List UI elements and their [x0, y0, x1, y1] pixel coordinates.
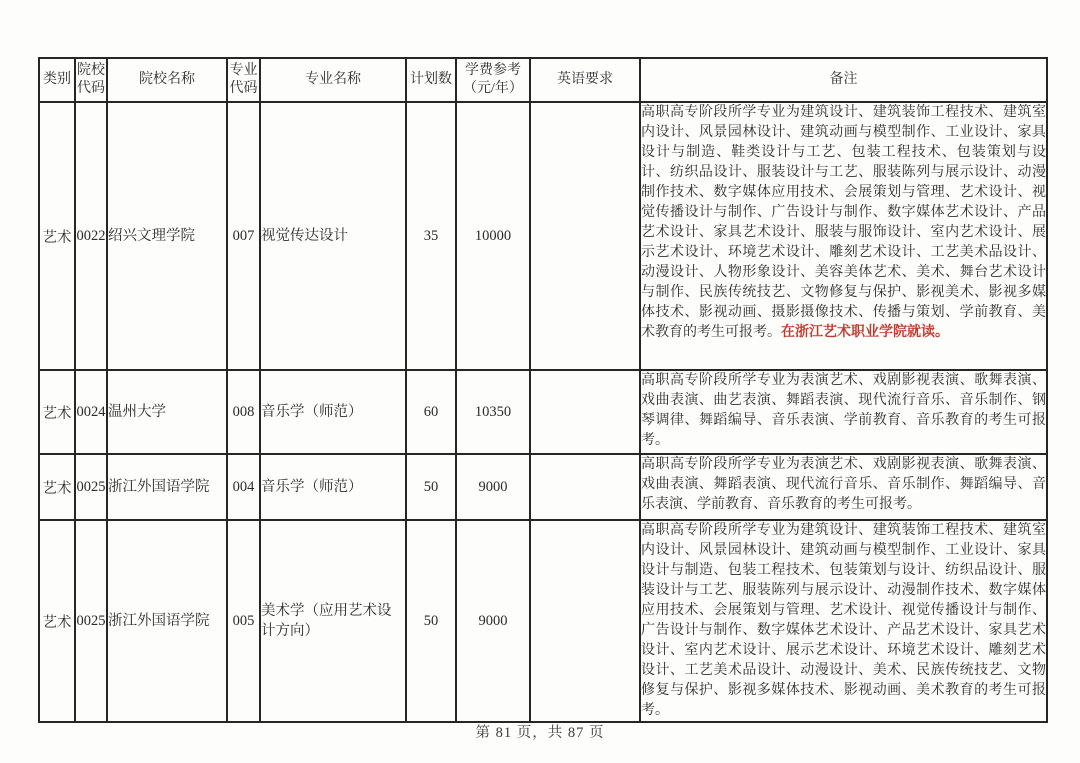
remark-red-note: 在浙江艺术职业学院就读。 [781, 325, 949, 340]
cell-major-name: 音乐学（师范） [260, 370, 406, 454]
cell-school-name: 浙江外国语学院 [107, 454, 227, 520]
table-row: 艺术 0025 浙江外国语学院 005 美术学（应用艺术设计方向） 50 900… [39, 520, 1047, 722]
table-row: 艺术 0025 浙江外国语学院 004 音乐学（师范） 50 9000 高职高专… [39, 454, 1047, 520]
cell-school-code: 0024 [75, 370, 107, 454]
remark-text: 高职高专阶段所学专业为建筑设计、建筑装饰工程技术、建筑室内设计、风景园林设计、建… [641, 523, 1046, 718]
cell-english-req [530, 520, 640, 722]
table-row: 艺术 0024 温州大学 008 音乐学（师范） 60 10350 高职高专阶段… [39, 370, 1047, 454]
cell-english-req [530, 370, 640, 454]
cell-plan-count: 60 [406, 370, 456, 454]
col-header-tuition: 学费参考 （元/年） [456, 58, 530, 102]
cell-school-name: 温州大学 [107, 370, 227, 454]
cell-remark: 高职高专阶段所学专业为建筑设计、建筑装饰工程技术、建筑室内设计、风景园林设计、建… [640, 102, 1047, 370]
cell-major-code: 004 [227, 454, 260, 520]
page-number-footer: 第 81 页，共 87 页 [0, 721, 1080, 742]
col-header-school-name: 院校名称 [107, 58, 227, 102]
cell-school-code: 0025 [75, 454, 107, 520]
col-header-remark: 备注 [640, 58, 1047, 102]
cell-school-code: 0025 [75, 520, 107, 722]
admissions-table: 类别 院校 代码 院校名称 专业 代码 专业名称 计划数 学费参考 （元/年） … [38, 57, 1048, 723]
cell-remark: 高职高专阶段所学专业为表演艺术、戏剧影视表演、歌舞表演、戏曲表演、舞蹈表演、现代… [640, 454, 1047, 520]
document-page: 类别 院校 代码 院校名称 专业 代码 专业名称 计划数 学费参考 （元/年） … [38, 57, 1046, 723]
col-header-school-code: 院校 代码 [75, 58, 107, 102]
cell-school-code: 0022 [75, 102, 107, 370]
cell-plan-count: 50 [406, 454, 456, 520]
cell-major-code: 008 [227, 370, 260, 454]
cell-category: 艺术 [39, 520, 75, 722]
cell-remark: 高职高专阶段所学专业为建筑设计、建筑装饰工程技术、建筑室内设计、风景园林设计、建… [640, 520, 1047, 722]
cell-major-name: 音乐学（师范） [260, 454, 406, 520]
table-row: 艺术 0022 绍兴文理学院 007 视觉传达设计 35 10000 高职高专阶… [39, 102, 1047, 370]
cell-tuition: 9000 [456, 454, 530, 520]
cell-english-req [530, 454, 640, 520]
cell-category: 艺术 [39, 454, 75, 520]
cell-tuition: 10000 [456, 102, 530, 370]
cell-plan-count: 35 [406, 102, 456, 370]
cell-major-code: 007 [227, 102, 260, 370]
cell-major-name: 视觉传达设计 [260, 102, 406, 370]
header-row: 类别 院校 代码 院校名称 专业 代码 专业名称 计划数 学费参考 （元/年） … [39, 58, 1047, 102]
cell-school-name: 绍兴文理学院 [107, 102, 227, 370]
col-header-category: 类别 [39, 58, 75, 102]
cell-tuition: 10350 [456, 370, 530, 454]
cell-major-name: 美术学（应用艺术设计方向） [260, 520, 406, 722]
cell-remark: 高职高专阶段所学专业为表演艺术、戏剧影视表演、歌舞表演、戏曲表演、曲艺表演、舞蹈… [640, 370, 1047, 454]
cell-major-code: 005 [227, 520, 260, 722]
col-header-english-req: 英语要求 [530, 58, 640, 102]
cell-plan-count: 50 [406, 520, 456, 722]
cell-category: 艺术 [39, 370, 75, 454]
remark-text: 高职高专阶段所学专业为建筑设计、建筑装饰工程技术、建筑室内设计、风景园林设计、建… [641, 105, 1046, 340]
cell-tuition: 9000 [456, 520, 530, 722]
cell-category: 艺术 [39, 102, 75, 370]
col-header-plan-count: 计划数 [406, 58, 456, 102]
cell-school-name: 浙江外国语学院 [107, 520, 227, 722]
remark-text: 高职高专阶段所学专业为表演艺术、戏剧影视表演、歌舞表演、戏曲表演、曲艺表演、舞蹈… [641, 373, 1046, 448]
col-header-major-name: 专业名称 [260, 58, 406, 102]
remark-text: 高职高专阶段所学专业为表演艺术、戏剧影视表演、歌舞表演、戏曲表演、舞蹈表演、现代… [641, 457, 1046, 512]
cell-english-req [530, 102, 640, 370]
col-header-major-code: 专业 代码 [227, 58, 260, 102]
